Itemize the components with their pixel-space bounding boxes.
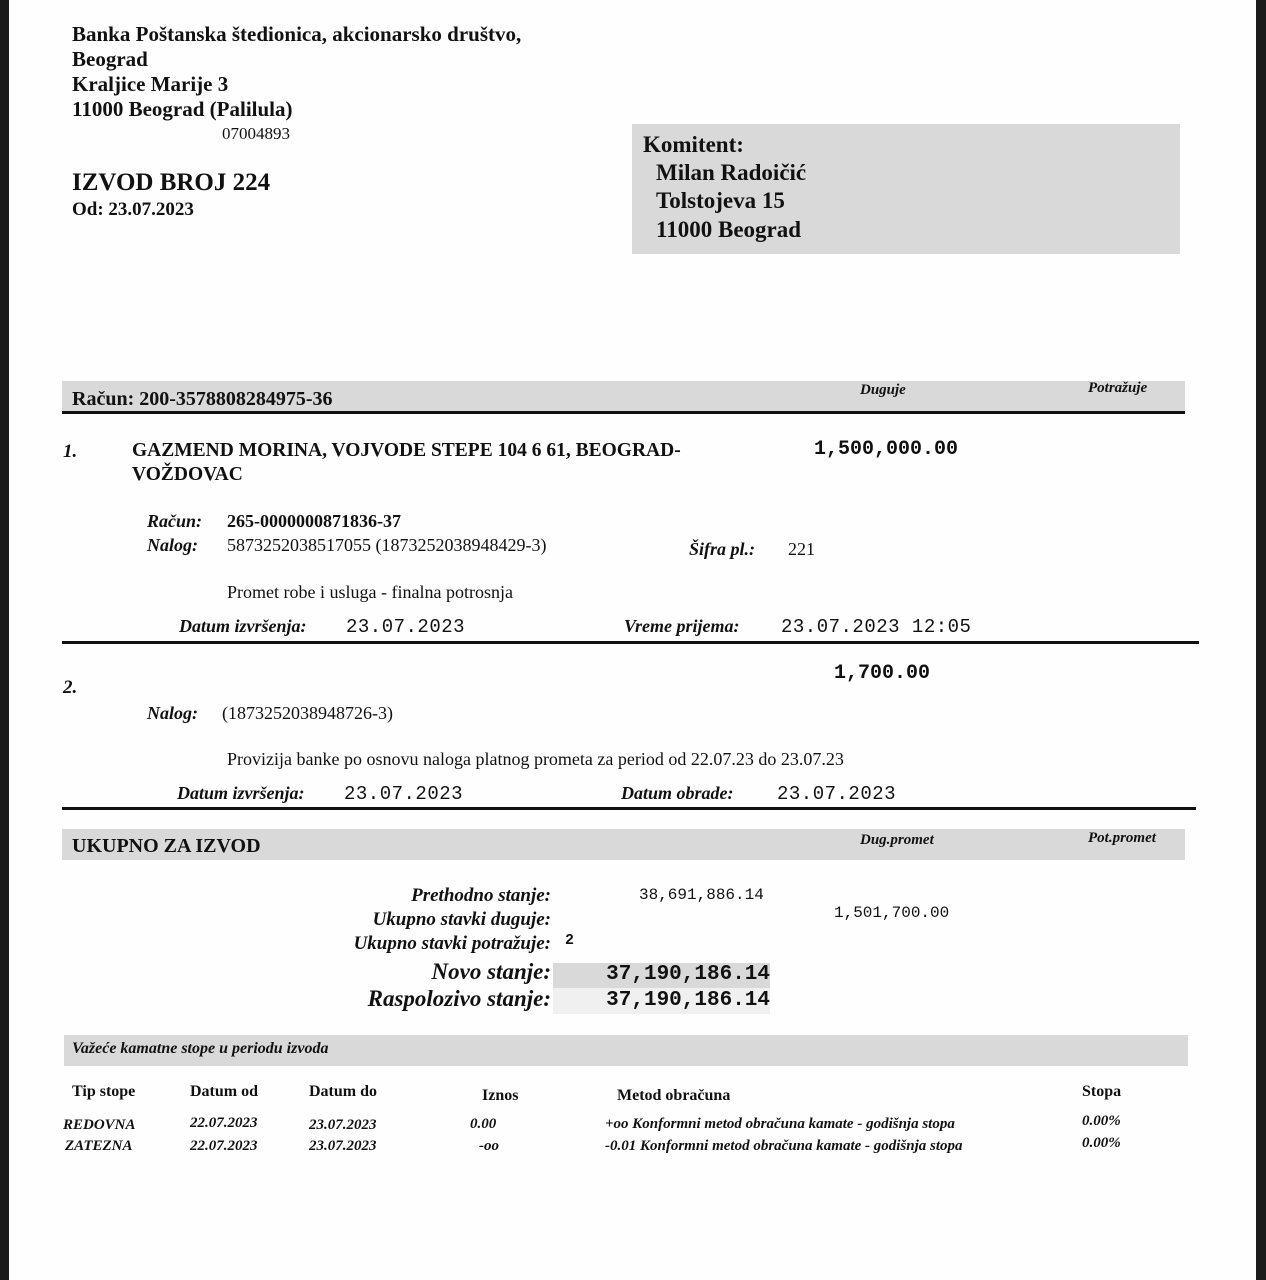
date-from: 22.07.2023 (190, 1138, 258, 1155)
client-name: Milan Radoičić (656, 159, 806, 188)
col-date-to: Datum do (309, 1083, 377, 1101)
item-number: 2. (63, 677, 77, 699)
order-number: 5873252038517055 (1873252038948429-3) (227, 535, 546, 556)
counterparty-account: 265-0000000871836-37 (227, 511, 401, 532)
credit-turnover-header: Pot.promet (1088, 830, 1156, 847)
payment-code: 221 (788, 539, 815, 560)
exec-date-label: Datum izvršenja: (179, 616, 307, 637)
date-to: 23.07.2023 (309, 1138, 377, 1155)
divider (62, 807, 1196, 810)
amount: -oo (479, 1138, 499, 1155)
payment-code-label: Šifra pl.: (689, 539, 755, 560)
rates-title: Važeće kamatne stope u periodu izvoda (72, 1040, 328, 1058)
available-balance-label: Raspolozivo stanje: (368, 986, 551, 1012)
debit-turnover-header: Dug.promet (860, 832, 934, 849)
debit-column-header: Duguje (860, 382, 906, 399)
rate: 0.00% (1082, 1135, 1121, 1152)
item-number: 1. (63, 441, 77, 463)
total-debit-items-label: Ukupno stavki duguje: (373, 909, 551, 931)
order-label: Nalog: (147, 535, 198, 556)
divider (62, 411, 1185, 414)
method: -0.01 Konformni metod obračuna kamate - … (605, 1138, 963, 1155)
counterparty-line1: GAZMEND MORINA, VOJVODE STEPE 104 6 61, … (132, 439, 681, 463)
account-number: Račun: 200-3578808284975-36 (72, 388, 333, 411)
order-number: (1873252038948726-3) (222, 703, 393, 724)
client-street: Tolstojeva 15 (656, 187, 785, 216)
bank-name-line2: Beograd (72, 47, 148, 72)
total-credit-items: 2 (565, 932, 574, 949)
divider (62, 641, 1199, 644)
counterparty-line2: VOŽDOVAC (132, 463, 243, 487)
statement-date: Od: 23.07.2023 (72, 199, 194, 221)
method: +oo Konformni metod obračuna kamate - go… (605, 1116, 955, 1133)
previous-balance: 38,691,886.14 (639, 886, 764, 904)
client-label: Komitent: (643, 131, 744, 160)
bank-name-line1: Banka Poštanska štedionica, akcionarsko … (72, 22, 521, 47)
description: Promet robe i usluga - finalna potrosnja (227, 582, 513, 603)
total-debit-turnover: 1,501,700.00 (834, 904, 949, 922)
available-balance: 37,190,186.14 (606, 989, 770, 1012)
client-city: 11000 Beograd (656, 216, 801, 245)
new-balance-label: Novo stanje: (432, 959, 551, 985)
new-balance: 37,190,186.14 (606, 963, 770, 986)
exec-date: 23.07.2023 (346, 616, 465, 638)
rate: 0.00% (1082, 1113, 1121, 1130)
debit-amount: 1,500,000.00 (814, 438, 958, 461)
amount: 0.00 (470, 1116, 496, 1133)
summary-title: UKUPNO ZA IZVOD (72, 835, 261, 858)
exec-date: 23.07.2023 (344, 783, 463, 805)
date-to: 23.07.2023 (309, 1117, 377, 1134)
processing-date: 23.07.2023 (777, 783, 896, 805)
bank-city: 11000 Beograd (Palilula) (72, 97, 293, 122)
order-label: Nalog: (147, 703, 198, 724)
credit-column-header: Potražuje (1088, 380, 1147, 397)
col-date-from: Datum od (190, 1083, 258, 1101)
bank-id-number: 07004893 (222, 124, 290, 144)
rate-type: ZATEZNA (65, 1138, 133, 1155)
debit-amount: 1,700.00 (834, 662, 930, 685)
col-rate: Stopa (1082, 1083, 1121, 1101)
exec-date-label: Datum izvršenja: (177, 783, 305, 804)
date-from: 22.07.2023 (190, 1115, 258, 1132)
statement-title: IZVOD BROJ 224 (72, 169, 270, 197)
col-amount: Iznos (482, 1087, 518, 1105)
col-method: Metod obračuna (617, 1087, 730, 1105)
bank-street: Kraljice Marije 3 (72, 72, 228, 97)
rate-type: REDOVNA (63, 1117, 136, 1134)
description: Provizija banke po osnovu naloga platnog… (227, 749, 844, 770)
account-label: Račun: (147, 511, 202, 532)
total-credit-items-label: Ukupno stavki potražuje: (354, 933, 551, 955)
processing-date-label: Datum obrade: (621, 783, 734, 804)
statement-page: Banka Poštanska štedionica, akcionarsko … (9, 0, 1256, 1280)
client-box: Komitent: Milan Radoičić Tolstojeva 15 1… (632, 124, 1180, 254)
previous-balance-label: Prethodno stanje: (411, 885, 551, 907)
receipt-time: 23.07.2023 12:05 (781, 616, 971, 638)
col-rate-type: Tip stope (72, 1083, 135, 1101)
receipt-time-label: Vreme prijema: (624, 616, 740, 637)
